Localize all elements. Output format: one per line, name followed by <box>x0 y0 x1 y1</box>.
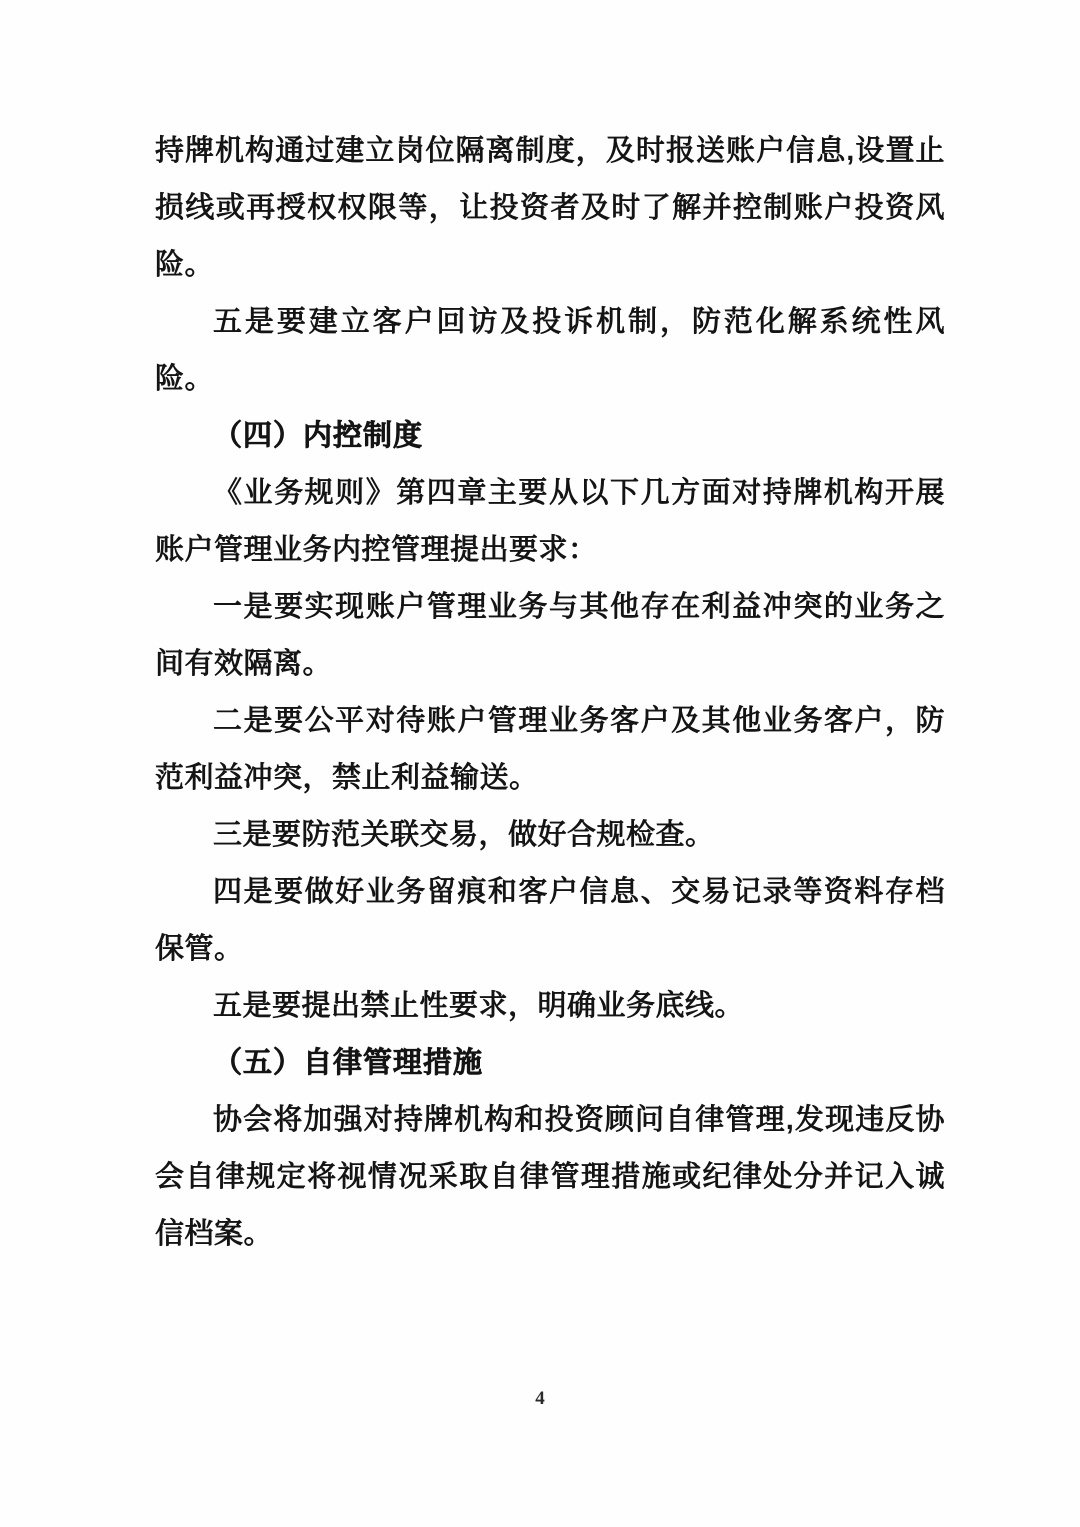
paragraph: 五是要建立客户回访及投诉机制，防范化解系统性风险。 <box>155 294 945 408</box>
page-number: 4 <box>535 1388 545 1409</box>
paragraph: 《业务规则》第四章主要从以下几方面对持牌机构开展账户管理业务内控管理提出要求： <box>155 465 945 579</box>
paragraph: 三是要防范关联交易，做好合规检查。 <box>155 807 945 864</box>
paragraph: 一是要实现账户管理业务与其他存在利益冲突的业务之间有效隔离。 <box>155 579 945 693</box>
page-footer: 4 <box>0 1388 1080 1410</box>
paragraph: 四是要做好业务留痕和客户信息、交易记录等资料存档保管。 <box>155 864 945 978</box>
paragraph: 协会将加强对持牌机构和投资顾问自律管理,发现违反协会自律规定将视情况采取自律管理… <box>155 1092 945 1263</box>
document-page: 持牌机构通过建立岗位隔离制度，及时报送账户信息,设置止损线或再授权权限等，让投资… <box>0 0 1080 1527</box>
paragraph-continuation: 持牌机构通过建立岗位隔离制度，及时报送账户信息,设置止损线或再授权权限等，让投资… <box>155 123 945 294</box>
paragraph: 二是要公平对待账户管理业务客户及其他业务客户，防范利益冲突，禁止利益输送。 <box>155 693 945 807</box>
section-heading-5: （五）自律管理措施 <box>155 1035 945 1092</box>
paragraph: 五是要提出禁止性要求，明确业务底线。 <box>155 978 945 1035</box>
section-heading-4: （四）内控制度 <box>155 408 945 465</box>
document-body: 持牌机构通过建立岗位隔离制度，及时报送账户信息,设置止损线或再授权权限等，让投资… <box>155 123 945 1263</box>
